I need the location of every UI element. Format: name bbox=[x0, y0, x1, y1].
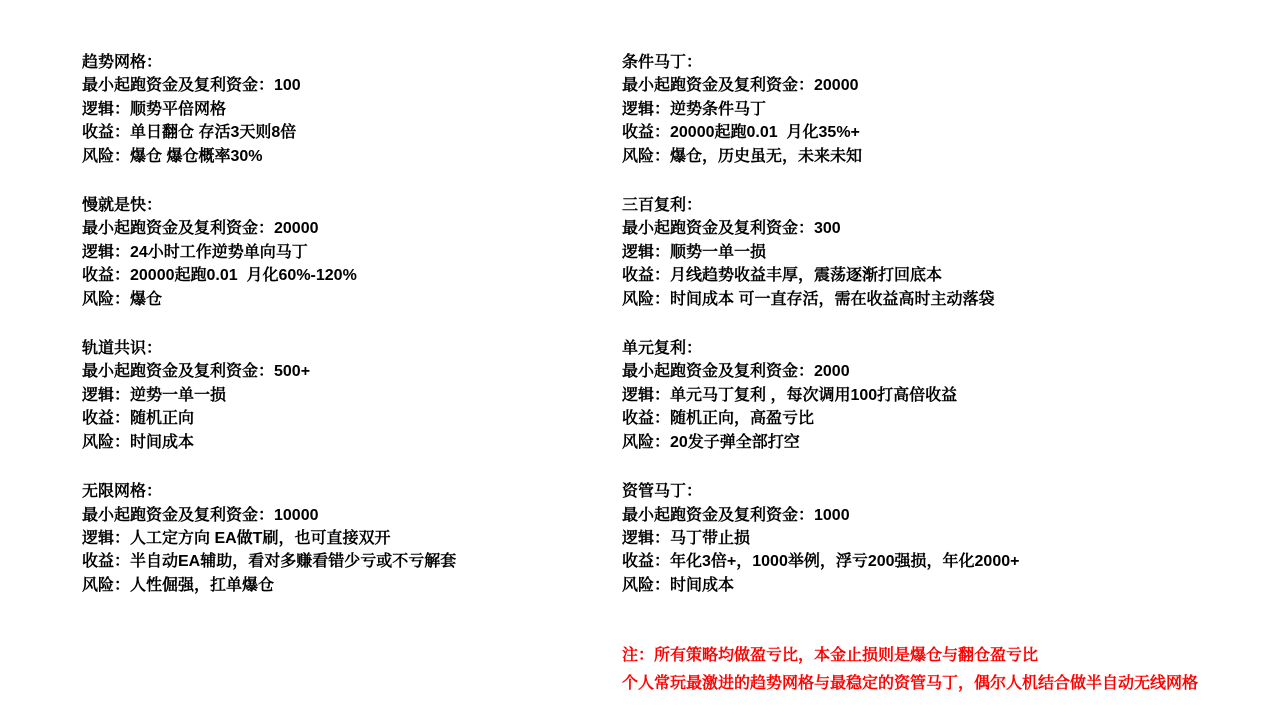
strategy-block-infinite-grid: 无限网格： 最小起跑资金及复利资金：10000 逻辑：人工定方向 EA做T刷，也… bbox=[82, 480, 612, 597]
strategy-min-capital: 最小起跑资金及复利资金：10000 bbox=[82, 504, 612, 527]
strategy-block-unit-compound: 单元复利： 最小起跑资金及复利资金：2000 逻辑：单元马丁复利 ，每次调用10… bbox=[622, 337, 1280, 454]
footnote: 注：所有策略均做盈亏比，本金止损则是爆仓与翻仓盈亏比 个人常玩最激进的趋势网格与… bbox=[622, 642, 1280, 698]
strategy-logic: 逻辑：24小时工作逆势单向马丁 bbox=[82, 241, 612, 264]
strategy-risk: 风险：人性倔强，扛单爆仓 bbox=[82, 574, 612, 597]
strategy-profit: 收益：随机正向，高盈亏比 bbox=[622, 407, 1280, 430]
strategy-risk: 风险：爆仓 爆仓概率30% bbox=[82, 145, 612, 168]
strategy-risk: 风险：时间成本 bbox=[82, 431, 612, 454]
strategy-title: 资管马丁： bbox=[622, 480, 1280, 503]
strategy-profit: 收益：单日翻仓 存活3天则8倍 bbox=[82, 121, 612, 144]
strategy-profit: 收益：月线趋势收益丰厚，震荡逐渐打回底本 bbox=[622, 264, 1280, 287]
strategy-title: 轨道共识： bbox=[82, 337, 612, 360]
strategy-block-slow-is-fast: 慢就是快： 最小起跑资金及复利资金：20000 逻辑：24小时工作逆势单向马丁 … bbox=[82, 194, 612, 311]
strategy-logic: 逻辑：顺势平倍网格 bbox=[82, 98, 612, 121]
strategy-min-capital: 最小起跑资金及复利资金：20000 bbox=[82, 217, 612, 240]
footnote-line: 个人常玩最激进的趋势网格与最稳定的资管马丁，偶尔人机结合做半自动无线网格 bbox=[622, 670, 1280, 698]
strategy-logic: 逻辑：逆势条件马丁 bbox=[622, 98, 1280, 121]
strategy-risk: 风险：20发子弹全部打空 bbox=[622, 431, 1280, 454]
strategy-min-capital: 最小起跑资金及复利资金：100 bbox=[82, 74, 612, 97]
strategy-profit: 收益：半自动EA辅助，看对多赚看错少亏或不亏解套 bbox=[82, 550, 612, 573]
strategy-title: 三百复利： bbox=[622, 194, 1280, 217]
strategy-risk: 风险：时间成本 可一直存活，需在收益高时主动落袋 bbox=[622, 288, 1280, 311]
strategy-block-trend-grid: 趋势网格： 最小起跑资金及复利资金：100 逻辑：顺势平倍网格 收益：单日翻仓 … bbox=[82, 51, 612, 168]
left-column: 趋势网格： 最小起跑资金及复利资金：100 逻辑：顺势平倍网格 收益：单日翻仓 … bbox=[82, 51, 612, 623]
strategy-block-300-compound: 三百复利： 最小起跑资金及复利资金：300 逻辑：顺势一单一损 收益：月线趋势收… bbox=[622, 194, 1280, 311]
strategy-title: 条件马丁： bbox=[622, 51, 1280, 74]
strategy-profit: 收益：20000起跑0.01 月化35%+ bbox=[622, 121, 1280, 144]
strategy-title: 单元复利： bbox=[622, 337, 1280, 360]
strategy-logic: 逻辑：人工定方向 EA做T刷，也可直接双开 bbox=[82, 527, 612, 550]
strategy-logic: 逻辑：顺势一单一损 bbox=[622, 241, 1280, 264]
strategy-risk: 风险：爆仓，历史虽无，未来未知 bbox=[622, 145, 1280, 168]
strategy-title: 无限网格： bbox=[82, 480, 612, 503]
strategy-logic: 逻辑：单元马丁复利 ，每次调用100打高倍收益 bbox=[622, 384, 1280, 407]
strategy-logic: 逻辑：逆势一单一损 bbox=[82, 384, 612, 407]
strategy-risk: 风险：爆仓 bbox=[82, 288, 612, 311]
strategy-profit: 收益：随机正向 bbox=[82, 407, 612, 430]
right-column: 条件马丁： 最小起跑资金及复利资金：20000 逻辑：逆势条件马丁 收益：200… bbox=[622, 51, 1280, 698]
strategy-title: 趋势网格： bbox=[82, 51, 612, 74]
strategy-min-capital: 最小起跑资金及复利资金：2000 bbox=[622, 360, 1280, 383]
strategy-min-capital: 最小起跑资金及复利资金：300 bbox=[622, 217, 1280, 240]
strategy-min-capital: 最小起跑资金及复利资金：20000 bbox=[622, 74, 1280, 97]
strategy-risk: 风险：时间成本 bbox=[622, 574, 1280, 597]
strategy-block-asset-mgmt-martin: 资管马丁： 最小起跑资金及复利资金：1000 逻辑：马丁带止损 收益：年化3倍+… bbox=[622, 480, 1280, 597]
strategy-title: 慢就是快： bbox=[82, 194, 612, 217]
strategy-logic: 逻辑：马丁带止损 bbox=[622, 527, 1280, 550]
footnote-line: 注：所有策略均做盈亏比，本金止损则是爆仓与翻仓盈亏比 bbox=[622, 642, 1280, 670]
strategy-profit: 收益：20000起跑0.01 月化60%-120% bbox=[82, 264, 612, 287]
strategy-block-conditional-martin: 条件马丁： 最小起跑资金及复利资金：20000 逻辑：逆势条件马丁 收益：200… bbox=[622, 51, 1280, 168]
strategy-profit: 收益：年化3倍+，1000举例，浮亏200强损，年化2000+ bbox=[622, 550, 1280, 573]
strategy-min-capital: 最小起跑资金及复利资金：500+ bbox=[82, 360, 612, 383]
strategy-block-track-consensus: 轨道共识： 最小起跑资金及复利资金：500+ 逻辑：逆势一单一损 收益：随机正向… bbox=[82, 337, 612, 454]
strategy-min-capital: 最小起跑资金及复利资金：1000 bbox=[622, 504, 1280, 527]
